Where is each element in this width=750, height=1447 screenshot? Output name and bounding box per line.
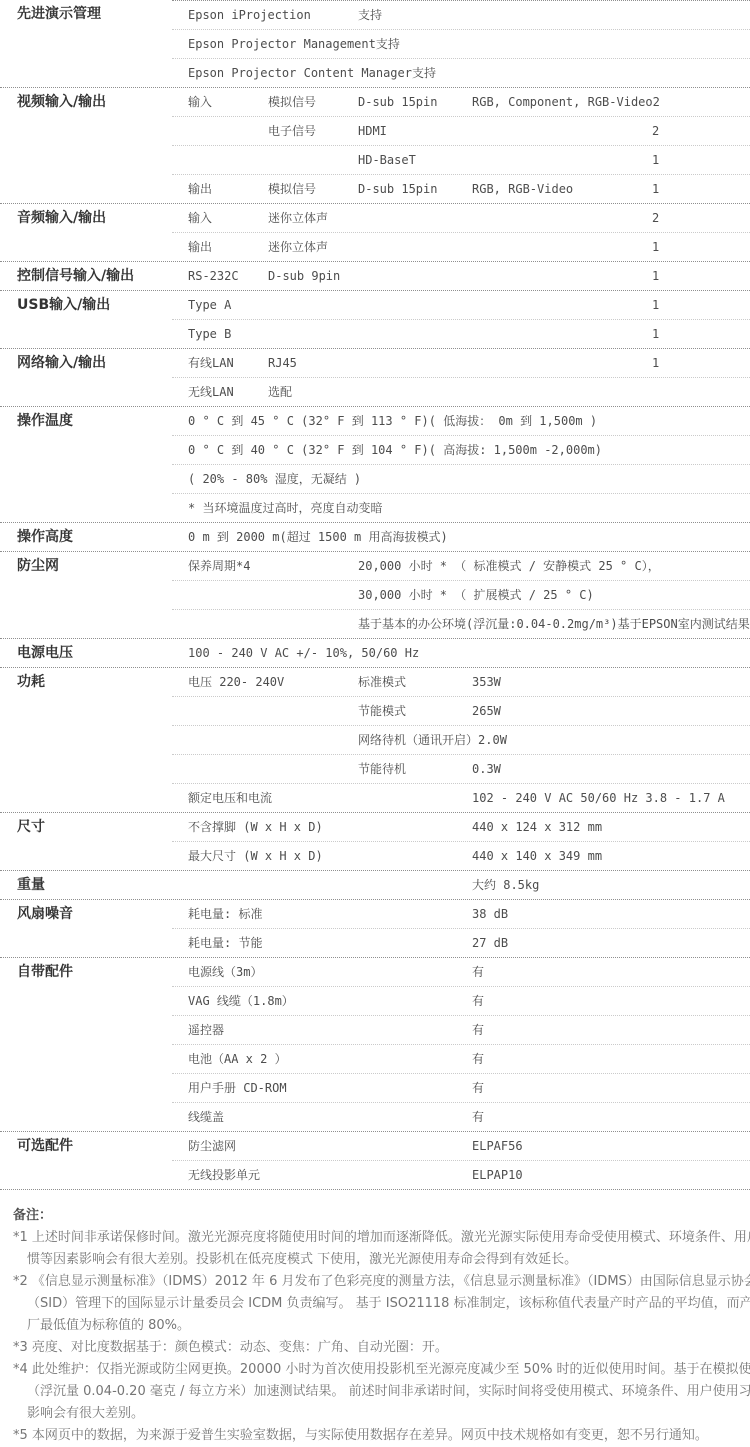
section-rows: 0 m 到 2000 m(超过 1500 m 用高海拔模式) bbox=[172, 523, 750, 551]
note-item: *5 本网页中的数据，为来源于爱普生实验室数据，与实际使用数据存在差异。网页中技… bbox=[13, 1425, 750, 1447]
section-label: 电源电压 bbox=[17, 639, 73, 667]
spec-cell: 输出 bbox=[188, 233, 268, 261]
spec-cell: 1 bbox=[652, 146, 659, 174]
spec-row: 无线投影单元ELPAP10 bbox=[172, 1160, 750, 1189]
spec-row: 大约 8.5kg bbox=[172, 871, 750, 899]
note-text: 此处维护：仅指光源或防尘网更换。20000 小时为首次使用投影机至光源亮度减少至… bbox=[32, 1362, 750, 1377]
spec-cell: 线缆盖 bbox=[188, 1103, 472, 1131]
spec-cell: 输入 bbox=[188, 204, 268, 232]
spec-row: 最大尺寸 (W x H x D)440 x 140 x 349 mm bbox=[172, 841, 750, 870]
spec-cell: 最大尺寸 (W x H x D) bbox=[188, 842, 472, 870]
note-item: *4 此处维护：仅指光源或防尘网更换。20000 小时为首次使用投影机至光源亮度… bbox=[13, 1359, 750, 1425]
spec-cell: RGB, Component, RGB-Video bbox=[472, 88, 653, 116]
spec-row: Epson Projector Management支持 bbox=[172, 29, 750, 58]
spec-cell: 1 bbox=[652, 175, 659, 203]
spec-section: USB输入/输出Type A1Type B1 bbox=[0, 290, 750, 348]
spec-cell bbox=[188, 581, 358, 609]
section-rows: 耗电量: 标准38 dB耗电量: 节能27 dB bbox=[172, 900, 750, 957]
spec-cell bbox=[188, 117, 268, 145]
note-line: 惯等因素影响会有很大差别。投影机在低亮度模式 下使用，激光光源使用寿命会得到有效… bbox=[13, 1249, 750, 1271]
section-rows: Type A1Type B1 bbox=[172, 291, 750, 348]
spec-cell: 0 ° C 到 45 ° C (32° F 到 113 ° F)( 低海拔： 0… bbox=[188, 407, 597, 435]
spec-row: 30,000 小时 * （ 扩展模式 / 25 ° C) bbox=[172, 580, 750, 609]
section-rows: 保养周期*420,000 小时 * （ 标准模式 / 安静模式 25 ° C），… bbox=[172, 552, 750, 638]
spec-row: Epson iProjection支持 bbox=[172, 1, 750, 29]
note-line: *3 亮度、对比度数据基于：颜色模式：动态、变焦：广角、自动光圈：开。 bbox=[13, 1337, 750, 1359]
spec-cell: 迷你立体声 bbox=[268, 233, 652, 261]
spec-section: 操作温度0 ° C 到 45 ° C (32° F 到 113 ° F)( 低海… bbox=[0, 406, 750, 522]
spec-row: 基于基本的办公环境(浮沉量:0.04-0.2mg/m³)基于EPSON室内测试结… bbox=[172, 609, 750, 638]
spec-cell: HDMI bbox=[358, 117, 472, 145]
spec-cell: 输出 bbox=[188, 175, 268, 203]
spec-row: 0 ° C 到 40 ° C (32° F 到 104 ° F)( 高海拔: 1… bbox=[172, 435, 750, 464]
spec-cell: 有线LAN bbox=[188, 349, 268, 377]
spec-cell: 有 bbox=[472, 1074, 484, 1102]
spec-row: 0 ° C 到 45 ° C (32° F 到 113 ° F)( 低海拔： 0… bbox=[172, 407, 750, 435]
spec-cell bbox=[188, 871, 472, 899]
section-rows: 大约 8.5kg bbox=[172, 871, 750, 899]
spec-cell: VAG 线缆（1.8m） bbox=[188, 987, 472, 1015]
spec-section: 电源电压100 - 240 V AC +/- 10%, 50/60 Hz bbox=[0, 638, 750, 667]
spec-row: 用户手册 CD-ROM有 bbox=[172, 1073, 750, 1102]
spec-cell: 用户手册 CD-ROM bbox=[188, 1074, 472, 1102]
spec-row: 有线LANRJ451 bbox=[172, 349, 750, 377]
spec-row: 耗电量: 节能27 dB bbox=[172, 928, 750, 957]
spec-cell: 0 m 到 2000 m(超过 1500 m 用高海拔模式) bbox=[188, 523, 448, 551]
section-label: 自带配件 bbox=[17, 958, 73, 986]
spec-cell: 有 bbox=[472, 1045, 484, 1073]
spec-cell: 27 dB bbox=[472, 929, 508, 957]
spec-cell: D-sub 15pin bbox=[358, 175, 472, 203]
spec-cell: 有 bbox=[472, 987, 484, 1015]
spec-row: 输入迷你立体声2 bbox=[172, 204, 750, 232]
spec-cell: 2 bbox=[652, 204, 659, 232]
spec-section: 操作高度0 m 到 2000 m(超过 1500 m 用高海拔模式) bbox=[0, 522, 750, 551]
note-line: *4 此处维护：仅指光源或防尘网更换。20000 小时为首次使用投影机至光源亮度… bbox=[13, 1359, 750, 1381]
note-line: （SID）管理下的国际显示计量委员会 ICDM 负责编写。 基于 ISO2111… bbox=[13, 1293, 750, 1315]
spec-row: 电子信号HDMI2 bbox=[172, 116, 750, 145]
spec-cell: D-sub 15pin bbox=[358, 88, 472, 116]
spec-cell: D-sub 9pin bbox=[268, 262, 652, 290]
spec-cell: 电压 220- 240V bbox=[188, 668, 358, 696]
section-rows: 100 - 240 V AC +/- 10%, 50/60 Hz bbox=[172, 639, 750, 667]
note-line: *1 上述时间非承诺保修时间。激光光源亮度将随使用时间的增加而逐渐降低。激光光源… bbox=[13, 1227, 750, 1249]
spec-cell bbox=[188, 146, 268, 174]
spec-cell: 模拟信号 bbox=[268, 175, 358, 203]
section-rows: 防尘滤网ELPAF56无线投影单元ELPAP10 bbox=[172, 1132, 750, 1189]
spec-row: 电源线（3m）有 bbox=[172, 958, 750, 986]
note-line: （浮沉量 0.04-0.20 毫克 / 每立方米）加速测试结果。 前述时间非承诺… bbox=[13, 1381, 750, 1403]
section-label: 网络输入/输出 bbox=[17, 349, 106, 377]
spec-row: 遥控器有 bbox=[172, 1015, 750, 1044]
spec-cell: 20,000 小时 * （ 标准模式 / 安静模式 25 ° C）， bbox=[358, 552, 660, 580]
spec-section: 风扇噪音耗电量: 标准38 dB耗电量: 节能27 dB bbox=[0, 899, 750, 957]
spec-cell: 额定电压和电流 bbox=[188, 784, 472, 812]
spec-cell: Epson iProjection bbox=[188, 1, 358, 29]
spec-row: Type B1 bbox=[172, 319, 750, 348]
section-label: 操作温度 bbox=[17, 407, 73, 435]
spec-row: 网络待机（通讯开启）2.0W bbox=[172, 725, 750, 754]
section-rows: 输入模拟信号D-sub 15pinRGB, Component, RGB-Vid… bbox=[172, 88, 750, 203]
spec-cell: 353W bbox=[472, 668, 501, 696]
spec-row: * 当环境温度过高时，亮度自动变暗 bbox=[172, 493, 750, 522]
spec-cell: ELPAP10 bbox=[472, 1161, 523, 1189]
spec-cell: 迷你立体声 bbox=[268, 204, 652, 232]
section-rows: 0 ° C 到 45 ° C (32° F 到 113 ° F)( 低海拔： 0… bbox=[172, 407, 750, 522]
spec-row: 线缆盖有 bbox=[172, 1102, 750, 1131]
spec-cell: Epson Projector Management bbox=[188, 30, 376, 58]
spec-section: 可选配件防尘滤网ELPAF56无线投影单元ELPAP10 bbox=[0, 1131, 750, 1189]
spec-cell: 支持 bbox=[376, 30, 400, 58]
section-label: 可选配件 bbox=[17, 1132, 73, 1160]
spec-cell: 有 bbox=[472, 958, 484, 986]
spec-cell: 2.0W bbox=[478, 726, 507, 754]
section-rows: 输入迷你立体声2输出迷你立体声1 bbox=[172, 204, 750, 261]
spec-cell: 无线投影单元 bbox=[188, 1161, 472, 1189]
spec-page: 先进演示管理Epson iProjection支持Epson Projector… bbox=[0, 0, 750, 1447]
spec-cell: 支持 bbox=[358, 1, 382, 29]
note-item: *1 上述时间非承诺保修时间。激光光源亮度将随使用时间的增加而逐渐降低。激光光源… bbox=[13, 1227, 750, 1271]
spec-section: 重量大约 8.5kg bbox=[0, 870, 750, 899]
spec-row: 不含撑脚 (W x H x D)440 x 124 x 312 mm bbox=[172, 813, 750, 841]
section-label: 防尘网 bbox=[17, 552, 59, 580]
section-label: 尺寸 bbox=[17, 813, 45, 841]
spec-cell: 无线LAN bbox=[188, 378, 268, 406]
spec-section: 尺寸不含撑脚 (W x H x D)440 x 124 x 312 mm最大尺寸… bbox=[0, 812, 750, 870]
spec-row: Epson Projector Content Manager支持 bbox=[172, 58, 750, 87]
spec-cell: 网络待机（通讯开启） bbox=[358, 726, 478, 754]
note-line: *2 《信息显示测量标准》（IDMS）2012 年 6 月发布了色彩亮度的测量方… bbox=[13, 1271, 750, 1293]
section-label: 先进演示管理 bbox=[17, 0, 101, 28]
section-rows: 有线LANRJ451无线LAN选配 bbox=[172, 349, 750, 406]
spec-cell: 保养周期*4 bbox=[188, 552, 358, 580]
section-label: 重量 bbox=[17, 871, 45, 899]
section-label: 功耗 bbox=[17, 668, 45, 696]
spec-cell: 选配 bbox=[268, 378, 652, 406]
spec-cell: 大约 8.5kg bbox=[472, 871, 539, 899]
notes-section: 备注： *1 上述时间非承诺保修时间。激光光源亮度将随使用时间的增加而逐渐降低。… bbox=[0, 1205, 750, 1447]
spec-row: 100 - 240 V AC +/- 10%, 50/60 Hz bbox=[172, 639, 750, 667]
spec-cell: 有 bbox=[472, 1016, 484, 1044]
note-text: 本网页中的数据，为来源于爱普生实验室数据，与实际使用数据存在差异。网页中技术规格… bbox=[32, 1428, 708, 1443]
spec-cell: 1 bbox=[652, 320, 659, 348]
spec-row: VAG 线缆（1.8m）有 bbox=[172, 986, 750, 1015]
spec-row: 保养周期*420,000 小时 * （ 标准模式 / 安静模式 25 ° C）， bbox=[172, 552, 750, 580]
note-line: *5 本网页中的数据，为来源于爱普生实验室数据，与实际使用数据存在差异。网页中技… bbox=[13, 1425, 750, 1447]
section-label: 操作高度 bbox=[17, 523, 73, 551]
spec-section: 网络输入/输出有线LANRJ451无线LAN选配 bbox=[0, 348, 750, 406]
spec-cell: 265W bbox=[472, 697, 501, 725]
spec-cell: 440 x 124 x 312 mm bbox=[472, 813, 602, 841]
spec-section: 音频输入/输出输入迷你立体声2输出迷你立体声1 bbox=[0, 203, 750, 261]
note-text: 亮度、对比度数据基于：颜色模式：动态、变焦：广角、自动光圈：开。 bbox=[32, 1340, 448, 1355]
spec-cell: 耗电量: 标准 bbox=[188, 900, 472, 928]
spec-row: ( 20% - 80% 湿度，无凝结 ) bbox=[172, 464, 750, 493]
spec-cell: 1 bbox=[652, 262, 659, 290]
spec-cell: Epson Projector Content Manager bbox=[188, 59, 412, 87]
note-item: *3 亮度、对比度数据基于：颜色模式：动态、变焦：广角、自动光圈：开。 bbox=[13, 1337, 750, 1359]
section-rows: Epson iProjection支持Epson Projector Manag… bbox=[172, 0, 750, 87]
spec-cell: ( 20% - 80% 湿度，无凝结 ) bbox=[188, 465, 361, 493]
notes-list: *1 上述时间非承诺保修时间。激光光源亮度将随使用时间的增加而逐渐降低。激光光源… bbox=[13, 1227, 750, 1447]
section-rows: 电压 220- 240V标准模式353W节能模式265W网络待机（通讯开启）2.… bbox=[172, 668, 750, 812]
spec-cell bbox=[472, 146, 652, 174]
spec-cell bbox=[188, 755, 358, 783]
spec-cell: 1 bbox=[652, 349, 659, 377]
spec-cell: ELPAF56 bbox=[472, 1132, 523, 1160]
spec-row: HD-BaseT1 bbox=[172, 145, 750, 174]
spec-row: 输出迷你立体声1 bbox=[172, 232, 750, 261]
note-item: *2 《信息显示测量标准》（IDMS）2012 年 6 月发布了色彩亮度的测量方… bbox=[13, 1271, 750, 1337]
spec-cell: 1 bbox=[652, 233, 659, 261]
spec-cell: 标准模式 bbox=[358, 668, 472, 696]
spec-cell: HD-BaseT bbox=[358, 146, 472, 174]
section-rows: 电源线（3m）有VAG 线缆（1.8m）有遥控器有电池（AA x 2 ）有用户手… bbox=[172, 958, 750, 1131]
section-label: 控制信号输入/输出 bbox=[17, 262, 134, 290]
spec-cell: 38 dB bbox=[472, 900, 508, 928]
spec-row: 电压 220- 240V标准模式353W bbox=[172, 668, 750, 696]
spec-cell bbox=[188, 610, 358, 638]
spec-cell: 2 bbox=[653, 88, 660, 116]
spec-cell: 节能模式 bbox=[358, 697, 472, 725]
spec-section: 自带配件电源线（3m）有VAG 线缆（1.8m）有遥控器有电池（AA x 2 ）… bbox=[0, 957, 750, 1131]
spec-cell: 100 - 240 V AC +/- 10%, 50/60 Hz bbox=[188, 639, 419, 667]
spec-row: 防尘滤网ELPAF56 bbox=[172, 1132, 750, 1160]
spec-cell: 0.3W bbox=[472, 755, 501, 783]
section-label: 音频输入/输出 bbox=[17, 204, 106, 232]
section-label: USB输入/输出 bbox=[17, 291, 110, 319]
section-label: 视频输入/输出 bbox=[17, 88, 106, 116]
spec-row: 输出模拟信号D-sub 15pinRGB, RGB-Video1 bbox=[172, 174, 750, 203]
spec-cell: 0 ° C 到 40 ° C (32° F 到 104 ° F)( 高海拔: 1… bbox=[188, 436, 602, 464]
spec-cell: 有 bbox=[472, 1103, 484, 1131]
note-line: 厂最低值为标称值的 80%。 bbox=[13, 1315, 750, 1337]
spec-cell bbox=[268, 146, 358, 174]
spec-section: 功耗电压 220- 240V标准模式353W节能模式265W网络待机（通讯开启）… bbox=[0, 667, 750, 812]
section-label: 风扇噪音 bbox=[17, 900, 73, 928]
spec-row: Type A1 bbox=[172, 291, 750, 319]
spec-cell bbox=[188, 726, 358, 754]
spec-row: 耗电量: 标准38 dB bbox=[172, 900, 750, 928]
spec-cell: 102 - 240 V AC 50/60 Hz 3.8 - 1.7 A bbox=[472, 784, 725, 812]
spec-section: 先进演示管理Epson iProjection支持Epson Projector… bbox=[0, 0, 750, 87]
spec-row: 无线LAN选配 bbox=[172, 377, 750, 406]
section-rows: 不含撑脚 (W x H x D)440 x 124 x 312 mm最大尺寸 (… bbox=[172, 813, 750, 870]
spec-section: 控制信号输入/输出RS-232CD-sub 9pin1 bbox=[0, 261, 750, 290]
spec-row: RS-232CD-sub 9pin1 bbox=[172, 262, 750, 290]
spec-cell bbox=[472, 117, 652, 145]
spec-cell: 防尘滤网 bbox=[188, 1132, 472, 1160]
spec-cell: Type B bbox=[188, 320, 652, 348]
spec-cell: 节能待机 bbox=[358, 755, 472, 783]
section-rows: RS-232CD-sub 9pin1 bbox=[172, 262, 750, 290]
spec-row: 节能模式265W bbox=[172, 696, 750, 725]
spec-cell: 模拟信号 bbox=[268, 88, 358, 116]
spec-cell: 30,000 小时 * （ 扩展模式 / 25 ° C) bbox=[358, 581, 594, 609]
spec-table: 先进演示管理Epson iProjection支持Epson Projector… bbox=[0, 0, 750, 1190]
spec-cell: 电子信号 bbox=[268, 117, 358, 145]
spec-section: 防尘网保养周期*420,000 小时 * （ 标准模式 / 安静模式 25 ° … bbox=[0, 551, 750, 638]
spec-cell: 2 bbox=[652, 117, 659, 145]
spec-cell: * 当环境温度过高时，亮度自动变暗 bbox=[188, 494, 382, 522]
note-text: 上述时间非承诺保修时间。激光光源亮度将随使用时间的增加而逐渐降低。激光光源实际使… bbox=[32, 1230, 750, 1245]
spec-cell: RS-232C bbox=[188, 262, 268, 290]
spec-row: 输入模拟信号D-sub 15pinRGB, Component, RGB-Vid… bbox=[172, 88, 750, 116]
spec-section: 视频输入/输出输入模拟信号D-sub 15pinRGB, Component, … bbox=[0, 87, 750, 203]
note-text: 《信息显示测量标准》（IDMS）2012 年 6 月发布了色彩亮度的测量方法，《… bbox=[32, 1274, 750, 1289]
spec-row: 电池（AA x 2 ）有 bbox=[172, 1044, 750, 1073]
spec-cell: 不含撑脚 (W x H x D) bbox=[188, 813, 472, 841]
spec-cell: RGB, RGB-Video bbox=[472, 175, 652, 203]
spec-cell: 耗电量: 节能 bbox=[188, 929, 472, 957]
spec-cell: 电源线（3m） bbox=[188, 958, 472, 986]
spec-row: 额定电压和电流102 - 240 V AC 50/60 Hz 3.8 - 1.7… bbox=[172, 783, 750, 812]
spec-cell: 输入 bbox=[188, 88, 268, 116]
notes-heading: 备注： bbox=[13, 1205, 750, 1227]
spec-row: 0 m 到 2000 m(超过 1500 m 用高海拔模式) bbox=[172, 523, 750, 551]
spec-cell bbox=[188, 697, 358, 725]
spec-cell: 1 bbox=[652, 291, 659, 319]
spec-cell: 支持 bbox=[412, 59, 436, 87]
spec-row: 节能待机0.3W bbox=[172, 754, 750, 783]
spec-cell: 遥控器 bbox=[188, 1016, 472, 1044]
spec-cell: 电池（AA x 2 ） bbox=[188, 1045, 472, 1073]
spec-cell: RJ45 bbox=[268, 349, 652, 377]
spec-cell: 440 x 140 x 349 mm bbox=[472, 842, 602, 870]
spec-cell: Type A bbox=[188, 291, 652, 319]
spec-cell: 基于基本的办公环境(浮沉量:0.04-0.2mg/m³)基于EPSON室内测试结… bbox=[358, 610, 750, 638]
